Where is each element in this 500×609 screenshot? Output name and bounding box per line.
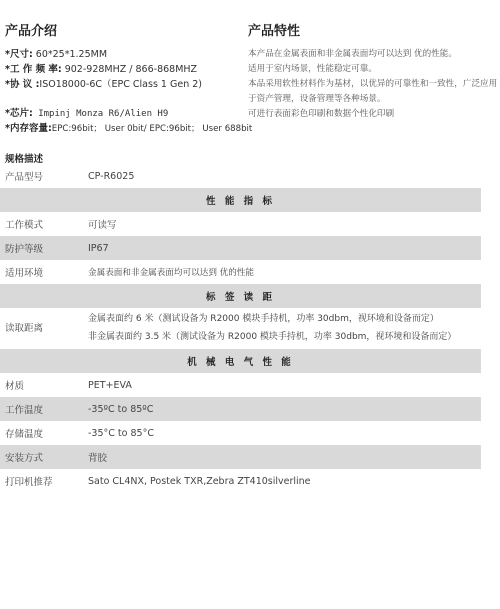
- feature-line: 本品采用软性材料作为基材，以优异的可靠性和一致性，广泛应用: [248, 77, 498, 92]
- intro-chip: *芯片: Impinj Monza R6/Alien H9: [5, 106, 245, 121]
- feature-line: 可进行表面彩色印刷和数据个性化印刷: [248, 107, 498, 122]
- feature-line: 适用于室内场景，性能稳定可靠。: [248, 62, 498, 77]
- table-row: 打印机推荐 Sato CL4NX, Postek TXR,Zebra ZT410…: [0, 469, 481, 493]
- table-row: 存储温度 -35°C to 85°C: [0, 421, 481, 445]
- intro-title: 产品介绍: [5, 24, 245, 40]
- features-title: 产品特性: [248, 24, 498, 40]
- intro-size: *尺寸: 60*25*1.25MM: [5, 47, 245, 62]
- table-row: 工作温度 -35ºC to 85ºC: [0, 397, 481, 421]
- intro-memory: *内存容量:EPC:96bit； User 0bit/ EPC:96bit； U…: [5, 121, 245, 136]
- table-row: 安装方式 背胶: [0, 445, 481, 469]
- table-row: 材质 PET+EVA: [0, 373, 481, 397]
- feature-line: 于资产管理，设备管理等各种场景。: [248, 92, 498, 107]
- intro-protocol: *协 议 :ISO18000-6C（EPC Class 1 Gen 2): [5, 77, 245, 92]
- product-intro: 产品介绍 *尺寸: 60*25*1.25MM *工 作 频 率: 902-928…: [5, 24, 245, 136]
- table-row: 读取距离 金属表面约 6 米（测试设备为 R2000 模块手持机，功率 30db…: [0, 308, 481, 349]
- table-row: 防护等级 IP67: [0, 236, 481, 260]
- feature-line: 本产品在金属表面和非金属表面均可以达到 优的性能。: [248, 47, 498, 62]
- intro-frequency: *工 作 频 率: 902-928MHZ / 866-868MHZ: [5, 62, 245, 77]
- section-header-performance: 性 能 指 标: [0, 188, 481, 212]
- section-header-mechanical: 机 械 电 气 性 能: [0, 349, 481, 373]
- spec-table: 产品型号 CP-R6025 性 能 指 标 工作模式 可读写 防护等级 IP67…: [0, 164, 481, 493]
- spec-title: 规格描述: [5, 151, 43, 165]
- product-features: 产品特性 本产品在金属表面和非金属表面均可以达到 优的性能。 适用于室内场景，性…: [248, 24, 498, 122]
- table-row: 工作模式 可读写: [0, 212, 481, 236]
- table-row: 产品型号 CP-R6025: [0, 164, 481, 188]
- table-row: 适用环境 金属表面和非金属表面均可以达到 优的性能: [0, 260, 481, 284]
- section-header-read-distance: 标 签 读 距: [0, 284, 481, 308]
